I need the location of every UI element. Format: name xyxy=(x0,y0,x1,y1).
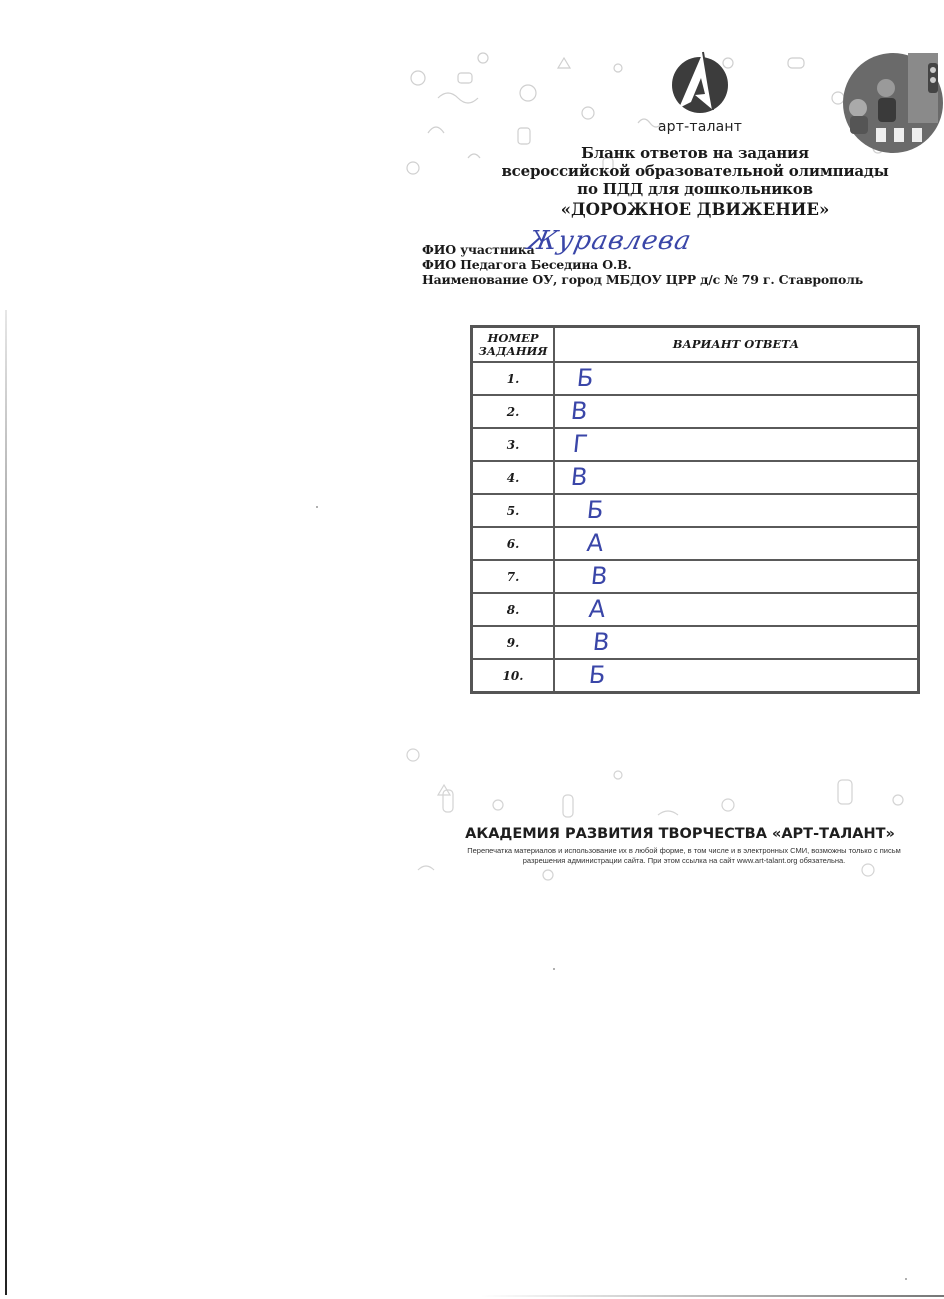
handwritten-answer: В xyxy=(570,397,589,425)
brand-name: арт-талант xyxy=(620,119,780,135)
teacher-field: ФИО Педагога Беседина О.В. xyxy=(422,257,632,272)
answer-cell: В xyxy=(554,461,919,494)
table-row: 4.В xyxy=(472,461,919,494)
handwritten-answer: В xyxy=(570,463,589,491)
title-line-3: по ПДД для дошкольников xyxy=(470,180,920,198)
footer-note-line1: Перепечатка материалов и использование и… xyxy=(364,846,944,856)
scan-speck xyxy=(316,506,318,508)
participant-label: ФИО участника xyxy=(422,242,534,257)
task-number: 2. xyxy=(472,395,555,428)
form-title: Бланк ответов на задания всероссийской о… xyxy=(470,144,920,221)
table-row: 6.А xyxy=(472,527,919,560)
answer-cell: Б xyxy=(554,362,919,395)
handwritten-answer: В xyxy=(590,562,609,590)
handwritten-answer: Г xyxy=(572,430,590,458)
olympiad-name: «ДОРОЖНОЕ ДВИЖЕНИЕ» xyxy=(470,199,920,221)
footer-note-line2: разрешения администрации сайта. При этом… xyxy=(364,856,944,866)
handwritten-answer: Б xyxy=(588,661,607,689)
answer-cell: В xyxy=(554,626,919,659)
task-number: 5. xyxy=(472,494,555,527)
task-number: 4. xyxy=(472,461,555,494)
answer-cell: В xyxy=(554,395,919,428)
task-number: 6. xyxy=(472,527,555,560)
table-row: 5.Б xyxy=(472,494,919,527)
children-crosswalk-illustration-icon xyxy=(838,48,944,158)
table-row: 3.Г xyxy=(472,428,919,461)
handwritten-answer: В xyxy=(592,628,611,656)
task-number: 7. xyxy=(472,560,555,593)
participant-field: ФИО участника xyxy=(422,242,534,257)
scan-speck xyxy=(553,968,555,970)
scan-edge-shadow-bottom xyxy=(480,1295,944,1297)
handwritten-answer: Б xyxy=(576,364,595,392)
task-number: 3. xyxy=(472,428,555,461)
table-row: 9.В xyxy=(472,626,919,659)
answer-cell: Б xyxy=(554,659,919,693)
school-field: Наименование ОУ, город МБДОУ ЦРР д/с № 7… xyxy=(422,272,863,287)
scan-edge-shadow xyxy=(5,310,7,1295)
handwritten-answer: А xyxy=(588,595,607,623)
footer-academy-title: АКАДЕМИЯ РАЗВИТИЯ ТВОРЧЕСТВА «АРТ-ТАЛАНТ… xyxy=(380,826,944,842)
teacher-value: Беседина О.В. xyxy=(531,257,632,272)
answer-cell: Б xyxy=(554,494,919,527)
scan-speck xyxy=(905,1278,907,1280)
header-task-number: НОМЕР ЗАДАНИЯ xyxy=(472,327,555,363)
table-row: 2.В xyxy=(472,395,919,428)
school-value: МБДОУ ЦРР д/с № 79 г. Ставрополь xyxy=(606,272,863,287)
table-row: 7.В xyxy=(472,560,919,593)
answer-table: НОМЕР ЗАДАНИЯ ВАРИАНТ ОТВЕТА 1.Б2.В3.Г4.… xyxy=(470,325,920,694)
title-line-1: Бланк ответов на задания xyxy=(470,144,920,162)
table-row: 1.Б xyxy=(472,362,919,395)
participant-name-handwritten: Журавлева xyxy=(525,226,695,256)
header-number-line1: НОМЕР xyxy=(473,332,553,345)
table-header-row: НОМЕР ЗАДАНИЯ ВАРИАНТ ОТВЕТА xyxy=(472,327,919,363)
table-row: 8.А xyxy=(472,593,919,626)
task-number: 10. xyxy=(472,659,555,693)
handwritten-answer: Б xyxy=(586,496,605,524)
footer-copyright-note: Перепечатка материалов и использование и… xyxy=(364,846,944,866)
school-label: Наименование ОУ, город xyxy=(422,272,602,287)
task-number: 9. xyxy=(472,626,555,659)
answer-cell: В xyxy=(554,560,919,593)
handwritten-answer: А xyxy=(586,529,605,557)
answer-cell: А xyxy=(554,527,919,560)
answer-cell: А xyxy=(554,593,919,626)
header-answer-option: ВАРИАНТ ОТВЕТА xyxy=(554,327,919,363)
header-number-line2: ЗАДАНИЯ xyxy=(473,345,553,358)
art-talant-logo-icon xyxy=(665,48,735,118)
table-row: 10.Б xyxy=(472,659,919,693)
answer-cell: Г xyxy=(554,428,919,461)
teacher-label: ФИО Педагога xyxy=(422,257,526,272)
task-number: 8. xyxy=(472,593,555,626)
title-line-2: всероссийской образовательной олимпиады xyxy=(470,162,920,180)
task-number: 1. xyxy=(472,362,555,395)
